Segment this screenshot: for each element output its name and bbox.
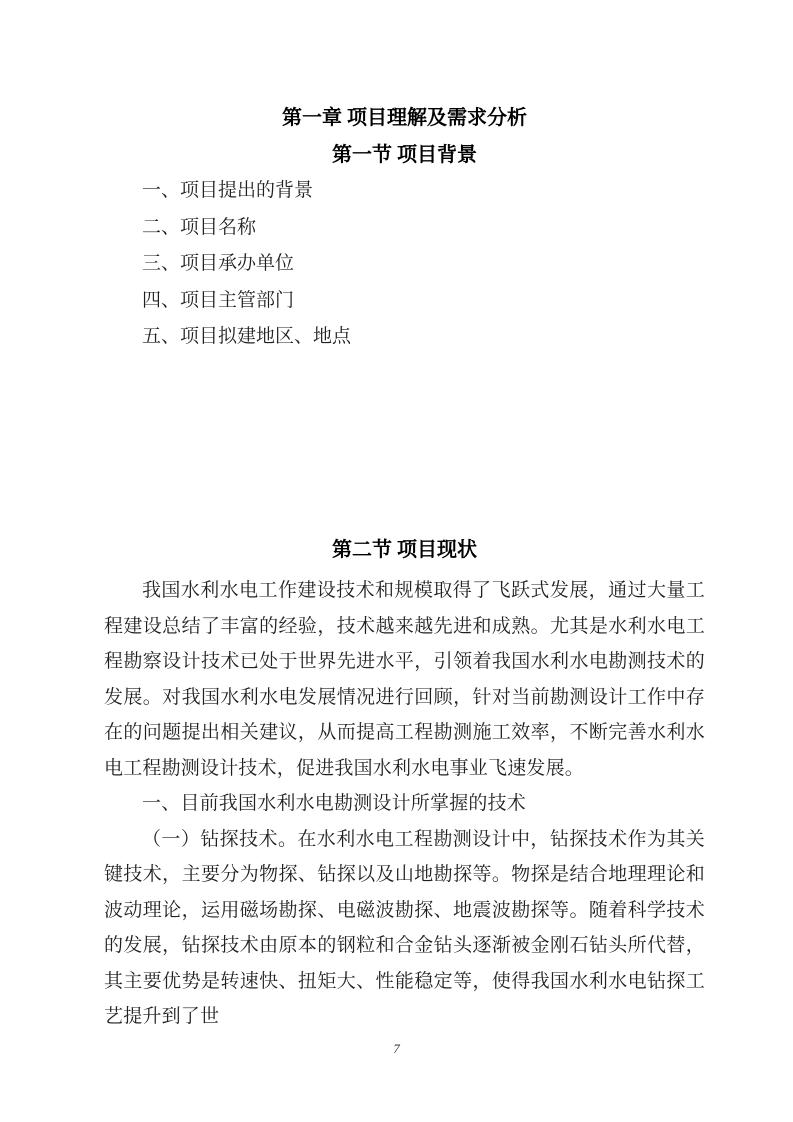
chapter-title: 第一章 项目理解及需求分析 [104, 100, 705, 136]
page-number: 7 [0, 1041, 793, 1057]
list-item: 三、项目承办单位 [104, 246, 705, 283]
paragraph: （一）钻探技术。在水利水电工程勘测设计中，钻探技术作为其关键技术，主要分为物探、… [104, 822, 705, 1035]
list-item: 四、项目主管部门 [104, 283, 705, 320]
list-item: 五、项目拟建地区、地点 [104, 319, 705, 356]
section-item-list: 一、项目提出的背景 二、项目名称 三、项目承办单位 四、项目主管部门 五、项目拟… [104, 173, 705, 356]
subheading-line: 一、目前我国水利水电勘测设计所掌握的技术 [104, 786, 705, 822]
section-body: 我国水利水电工作建设技术和规模取得了飞跃式发展，通过大量工程建设总结了丰富的经验… [104, 573, 705, 1035]
paragraph: 我国水利水电工作建设技术和规模取得了飞跃式发展，通过大量工程建设总结了丰富的经验… [104, 573, 705, 786]
list-item: 一、项目提出的背景 [104, 173, 705, 210]
section-title-project-status: 第二节 项目现状 [104, 532, 705, 568]
section-title-project-background: 第一节 项目背景 [104, 137, 705, 173]
list-item: 二、项目名称 [104, 210, 705, 247]
document-page: 第一章 项目理解及需求分析 第一节 项目背景 一、项目提出的背景 二、项目名称 … [0, 0, 793, 1122]
